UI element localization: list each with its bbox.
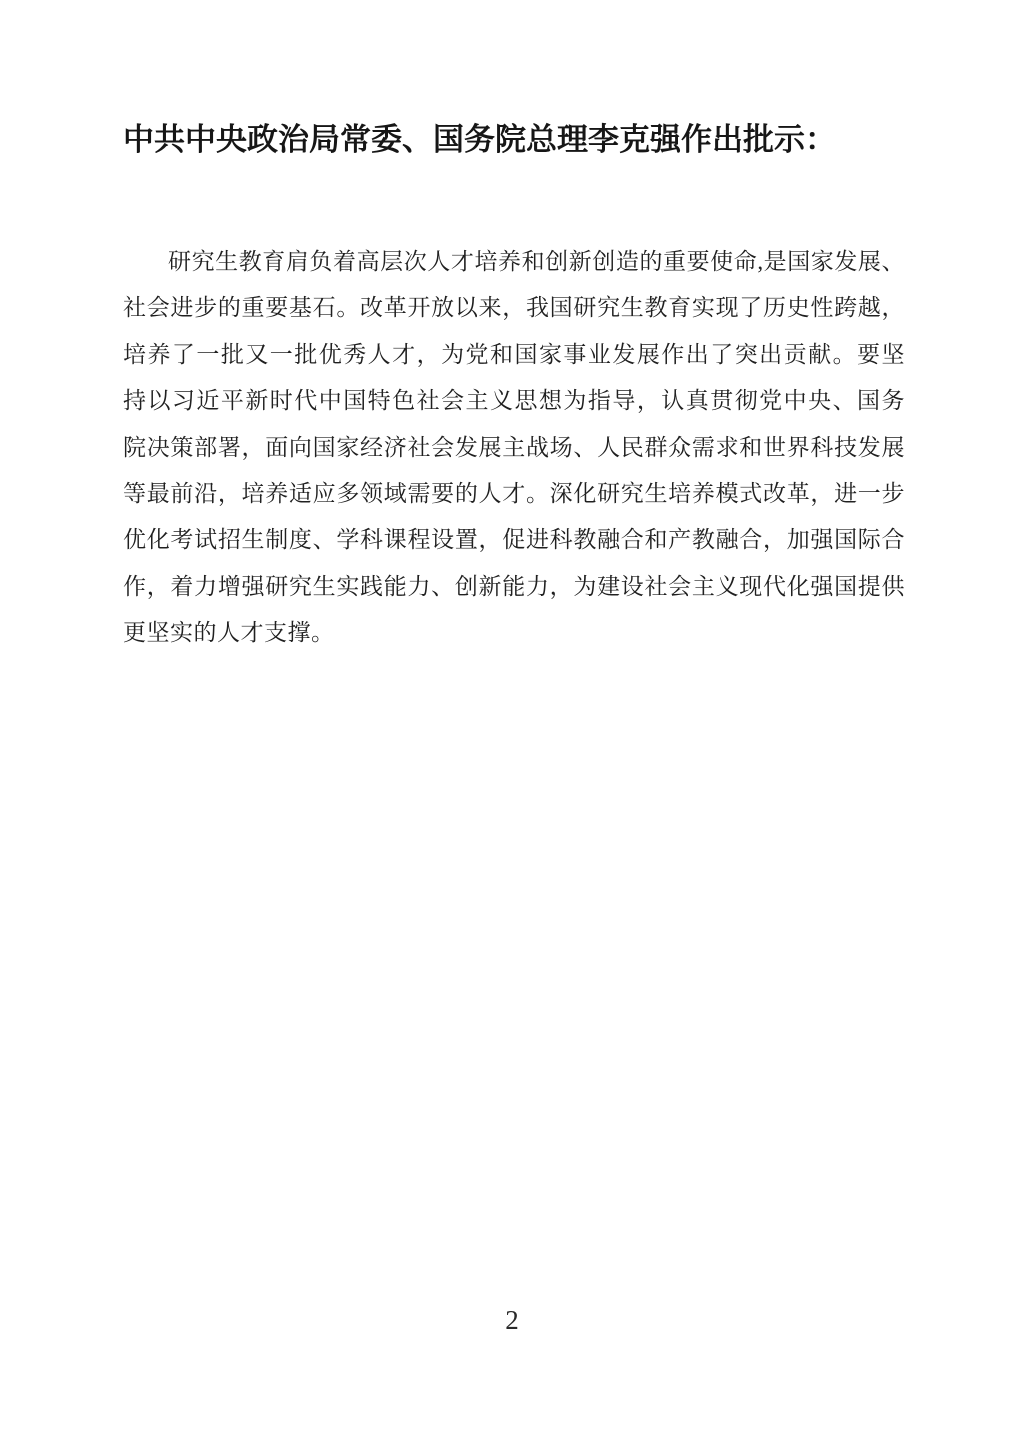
paragraph-line: 优化考试招生制度、学科课程设置，促进科教融合和产教融合，加强国际合 [123, 517, 905, 563]
paragraph-line: 研究生教育肩负着高层次人才培养和创新创造的重要使命,是国家发展、 [123, 239, 905, 285]
paragraph-line: 作，着力增强研究生实践能力、创新能力，为建设社会主义现代化强国提供 [123, 564, 905, 610]
paragraph-line: 更坚实的人才支撑。 [123, 610, 905, 656]
body-paragraph: 研究生教育肩负着高层次人才培养和创新创造的重要使命,是国家发展、 社会进步的重要… [123, 239, 905, 657]
paragraph-line: 等最前沿，培养适应多领域需要的人才。深化研究生培养模式改革，进一步 [123, 471, 905, 517]
page-number: 2 [0, 1305, 1024, 1336]
paragraph-line: 院决策部署，面向国家经济社会发展主战场、人民群众需求和世界科技发展 [123, 425, 905, 471]
document-heading: 中共中央政治局常委、国务院总理李克强作出批示： [123, 120, 913, 160]
paragraph-line: 培养了一批又一批优秀人才，为党和国家事业发展作出了突出贡献。要坚 [123, 332, 905, 378]
paragraph-line: 社会进步的重要基石。改革开放以来，我国研究生教育实现了历史性跨越， [123, 285, 905, 331]
document-page: 中共中央政治局常委、国务院总理李克强作出批示： 研究生教育肩负着高层次人才培养和… [0, 0, 1024, 1446]
paragraph-line: 持以习近平新时代中国特色社会主义思想为指导，认真贯彻党中央、国务 [123, 378, 905, 424]
